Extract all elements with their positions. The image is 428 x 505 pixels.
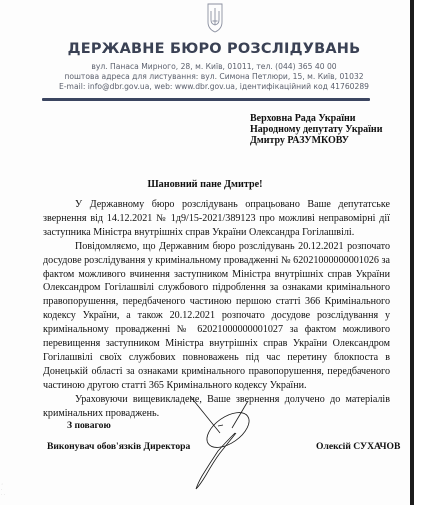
letterhead-divider xyxy=(42,98,370,101)
organization-address: вул. Панаса Мирного, 28, м. Київ, 01011,… xyxy=(0,62,428,71)
letter-body: У Державному бюро розслідувань опрацьова… xyxy=(43,198,390,421)
organization-name: ДЕРЖАВНЕ БЮРО РОЗСЛІДУВАНЬ xyxy=(0,41,428,57)
recipient-title: Народному депутату України xyxy=(250,124,382,135)
handwritten-signature-icon xyxy=(190,393,265,498)
scan-artifact: ◦·· · xyxy=(1,483,5,498)
organization-postal-address: поштова адреса для листування: вул. Симо… xyxy=(0,72,428,81)
recipient-name: Дмитру РАЗУМКОВУ xyxy=(250,135,382,146)
body-paragraph: Повідомляємо, що Державним бюро розсліду… xyxy=(43,240,390,393)
letter-page: ДЕРЖАВНЕ БЮРО РОЗСЛІДУВАНЬ вул. Панаса М… xyxy=(0,0,410,505)
signatory-position: Виконувач обов'язків Директора xyxy=(47,441,190,452)
salutation: Шановний пане Дмитре! xyxy=(0,179,410,190)
recipient-block: Верховна Рада України Народному депутату… xyxy=(250,113,382,146)
closing-phrase: З повагою xyxy=(67,420,111,431)
scan-margin xyxy=(414,0,428,505)
organization-contacts: E-mail: info@dbr.gov.ua, web: www.dbr.go… xyxy=(0,82,428,91)
body-paragraph: У Державному бюро розслідувань опрацьова… xyxy=(43,198,390,240)
recipient-institution: Верховна Рада України xyxy=(250,113,382,124)
trident-coat-of-arms-icon xyxy=(207,3,223,33)
signatory-name: Олексій СУХАЧОВ xyxy=(316,441,400,452)
